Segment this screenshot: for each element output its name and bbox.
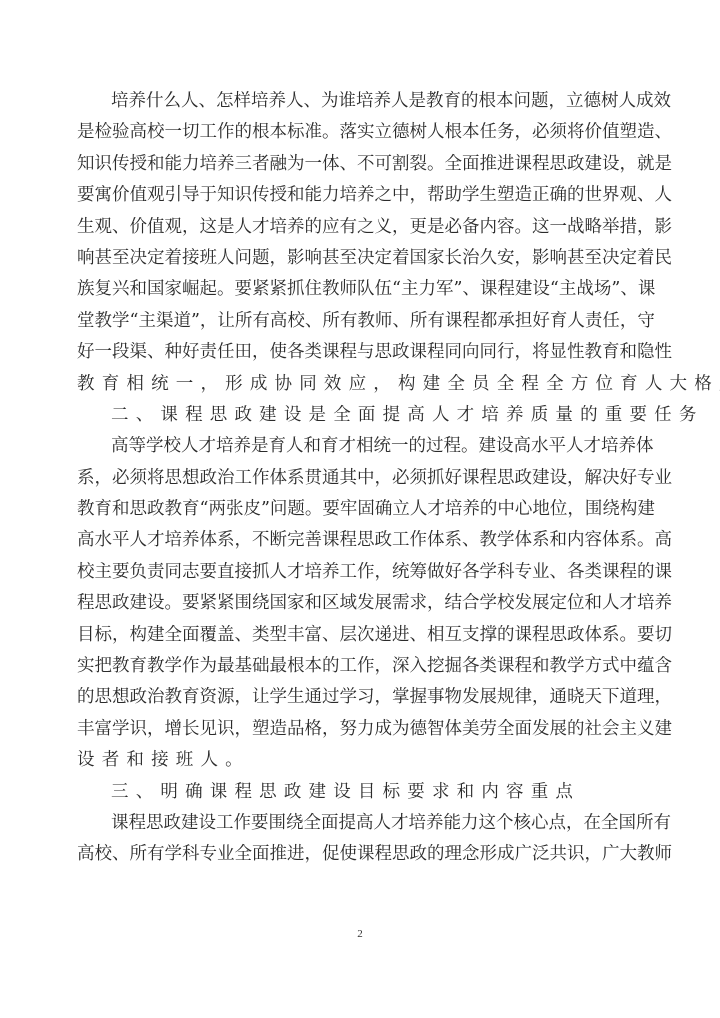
text-line: 设者和接班人。 (77, 745, 643, 776)
text-line: 高校、所有学科专业全面推进，促使课程思政的理念形成广泛共识，广大教师 (77, 839, 643, 870)
text-line: 族复兴和国家崛起。要紧紧抓住教师队伍“主力军”、课程建设“主战场”、课 (77, 274, 643, 305)
text-line: 堂教学“主渠道”，让所有高校、所有教师、所有课程都承担好育人责任，守 (77, 306, 643, 337)
text-line: 课程思政建设工作要围绕全面提高人才培养能力这个核心点，在全国所有 (77, 808, 643, 839)
document-page: 培养什么人、怎样培养人、为谁培养人是教育的根本问题，立德树人成效是检验高校一切工… (0, 0, 720, 1018)
text-line: 要寓价值观引导于知识传授和能力培养之中，帮助学生塑造正确的世界观、人 (77, 180, 643, 211)
text-line: 校主要负责同志要直接抓人才培养工作，统筹做好各学科专业、各类课程的课 (77, 557, 643, 588)
text-line: 高水平人才培养体系，不断完善课程思政工作体系、教学体系和内容体系。高 (77, 525, 643, 556)
text-line: 三、明确课程思政建设目标要求和内容重点 (77, 777, 643, 808)
text-line: 响甚至决定着接班人问题，影响甚至决定着国家长治久安，影响甚至决定着民 (77, 243, 643, 274)
text-line: 目标，构建全面覆盖、类型丰富、层次递进、相互支撑的课程思政体系。要切 (77, 620, 643, 651)
text-line: 好一段渠、种好责任田，使各类课程与思政课程同向同行，将显性教育和隐性 (77, 337, 643, 368)
text-line: 丰富学识，增长见识，塑造品格，努力成为德智体美劳全面发展的社会主义建 (77, 714, 643, 745)
text-line: 教育和思政教育“两张皮”问题。要牢固确立人才培养的中心地位，围绕构建 (77, 494, 643, 525)
text-line: 知识传授和能力培养三者融为一体、不可割裂。全面推进课程思政建设，就是 (77, 149, 643, 180)
text-line: 系，必须将思想政治工作体系贯通其中，必须抓好课程思政建设，解决好专业 (77, 463, 643, 494)
text-line: 的思想政治教育资源，让学生通过学习，掌握事物发展规律，通晓天下道理， (77, 682, 643, 713)
text-line: 是检验高校一切工作的根本标准。落实立德树人根本任务，必须将价值塑造、 (77, 117, 643, 148)
text-line: 高等学校人才培养是育人和育才相统一的过程。建设高水平人才培养体 (77, 431, 643, 462)
document-body: 培养什么人、怎样培养人、为谁培养人是教育的根本问题，立德树人成效是检验高校一切工… (77, 86, 657, 871)
text-line: 培养什么人、怎样培养人、为谁培养人是教育的根本问题，立德树人成效 (77, 86, 643, 117)
text-line: 实把教育教学作为最基础最根本的工作，深入挖掘各类课程和教学方式中蕴含 (77, 651, 643, 682)
text-line: 教育相统一，形成协同效应，构建全员全程全方位育人大格局。 (77, 369, 643, 400)
text-line: 程思政建设。要紧紧围绕国家和区域发展需求，结合学校发展定位和人才培养 (77, 588, 643, 619)
text-line: 二、课程思政建设是全面提高人才培养质量的重要任务 (77, 400, 643, 431)
page-number: 2 (0, 928, 720, 940)
text-line: 生观、价值观，这是人才培养的应有之义，更是必备内容。这一战略举措，影 (77, 212, 643, 243)
